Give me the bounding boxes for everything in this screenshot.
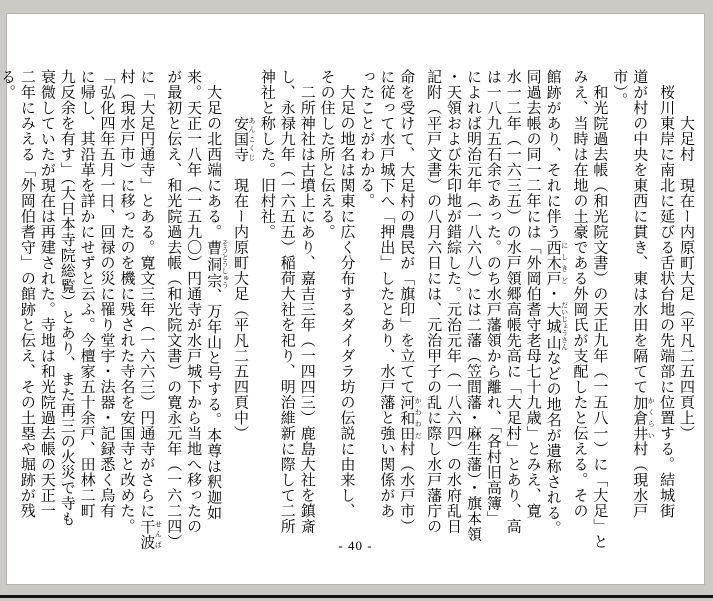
text-column: 大足村 現在ー内原町大足（平凡二五四頁上） xyxy=(675,69,695,569)
text-column: 二年にみえる「外岡伯耆守」の館跡と伝え、その土塁や堀跡が残 xyxy=(16,69,36,569)
text-column: 和光院過去帳（和光院文書）の天正九年（一五八一）に「大足」と xyxy=(588,69,608,569)
text-column: ったことがわかる。 xyxy=(356,69,376,569)
text-column: 水一二年（一六三五）の水戸領郷高帳先高に「大足村」とあり、高 xyxy=(502,69,522,569)
text-column: 九反余を有す」（大日本寺院総覧）とあり、また再三の火災で寺も xyxy=(56,69,76,569)
text-column: 記附（平戸文書）の八月六日には、元治甲子の乱に際し水戸藩庁の xyxy=(422,69,442,569)
text-column: 大足の地名は関東に広く分布するダイダラ坊の伝説に由来し、 xyxy=(336,69,356,569)
text-column: 神社と称した。旧村社。 xyxy=(256,69,276,569)
text-column: みえ、当時は在地の土豪である外岡氏が支配したと伝える。その xyxy=(569,69,589,569)
text-column: 衰微していたが現在は再建された。寺地は和光院過去帳の天正一 xyxy=(36,69,56,569)
text-column: る。 xyxy=(0,69,16,569)
screen: 大足村 現在ー内原町大足（平凡二五四頁上） 桜川東岸に南北に延びる舌状台地の先端… xyxy=(0,0,713,601)
text-column: 桜川東岸に南北に延びる舌状台地の先端部に位置する。結城街 xyxy=(655,69,675,569)
text-column: は一八九五石余であった。のち水戸藩領から離れ、「各村旧高簿」 xyxy=(482,69,502,569)
text-column: 道が村の中央を東西に貫き、東は水田を隔てて加倉井かくらい村（現水戸 xyxy=(628,69,655,569)
text-block: 大足村 現在ー内原町大足（平凡二五四頁上） 桜川東岸に南北に延びる舌状台地の先端… xyxy=(0,69,695,569)
text-column: 来。天正一八年（一五九〇）円通寺が水戸城下から当地へ移ったの xyxy=(182,69,202,569)
text-column: 村（現水戸市）に移ったのを機に残された寺名を安国寺と改めた。 xyxy=(116,69,136,569)
page-number: - 40 - xyxy=(7,538,704,554)
text-column: 二所神社は古墳上にあり、嘉吉三年（一四四三）鹿島大社を鎮斎 xyxy=(296,69,316,569)
text-column: 大足の北西端にある。曹洞宗そうとうしゅう、万年山と号する。本尊は釈迦如 xyxy=(202,69,229,569)
text-column: し、永禄九年（一六五五）稲荷大社を祀り、明治維新に際して二所 xyxy=(276,69,296,569)
text-column: に従って水戸城下へ「押出」したとあり、水戸藩と強い関係があ xyxy=(375,69,395,569)
text-column: 同過去帳の同一二年には「外岡伯耆守老母七十九歳」とみえ、寛 xyxy=(522,69,542,569)
text-column: 命を受けて、大足村の農民が「旗印」を立てて河和田かわわだ村（水戸市） xyxy=(395,69,422,569)
text-column: 市）。 xyxy=(608,69,628,569)
text-column: に「大足円通寺」とある。寛文三年（一六六三）円通寺がさらに干波せんば xyxy=(135,69,162,569)
text-column: ・天領および朱印地が錯綜した。元治元年（一八六四）の水府乱日 xyxy=(442,69,462,569)
text-column: が最初と伝え、和光院過去帳（和光院文書）の寛永元年（一六二四） xyxy=(162,69,182,569)
document-page: 大足村 現在ー内原町大足（平凡二五四頁上） 桜川東岸に南北に延びる舌状台地の先端… xyxy=(6,13,705,585)
text-column: によれば明治元年（一八六八）には二藩（笠間藩・麻生藩）・旗本領 xyxy=(462,69,482,569)
text-column: 「弘化四年五月一日、回禄の災に罹り堂宇・法器・記録悉く烏有 xyxy=(96,69,116,569)
text-column: その住した所と伝える。 xyxy=(316,69,336,569)
text-column: 館跡があり、それに伴う西木戸にしきど・大城山だいじょうさんなどの地名が遺称される… xyxy=(542,69,569,569)
text-column: に帰し、其沿革を詳かにせずと云ふ。今檀家五十余戸、田林二町 xyxy=(76,69,96,569)
text-column: 安国寺あんこくじ 現在ー内原町大足（平凡二五四頁中） xyxy=(229,69,256,569)
bottom-divider-line xyxy=(0,595,713,598)
